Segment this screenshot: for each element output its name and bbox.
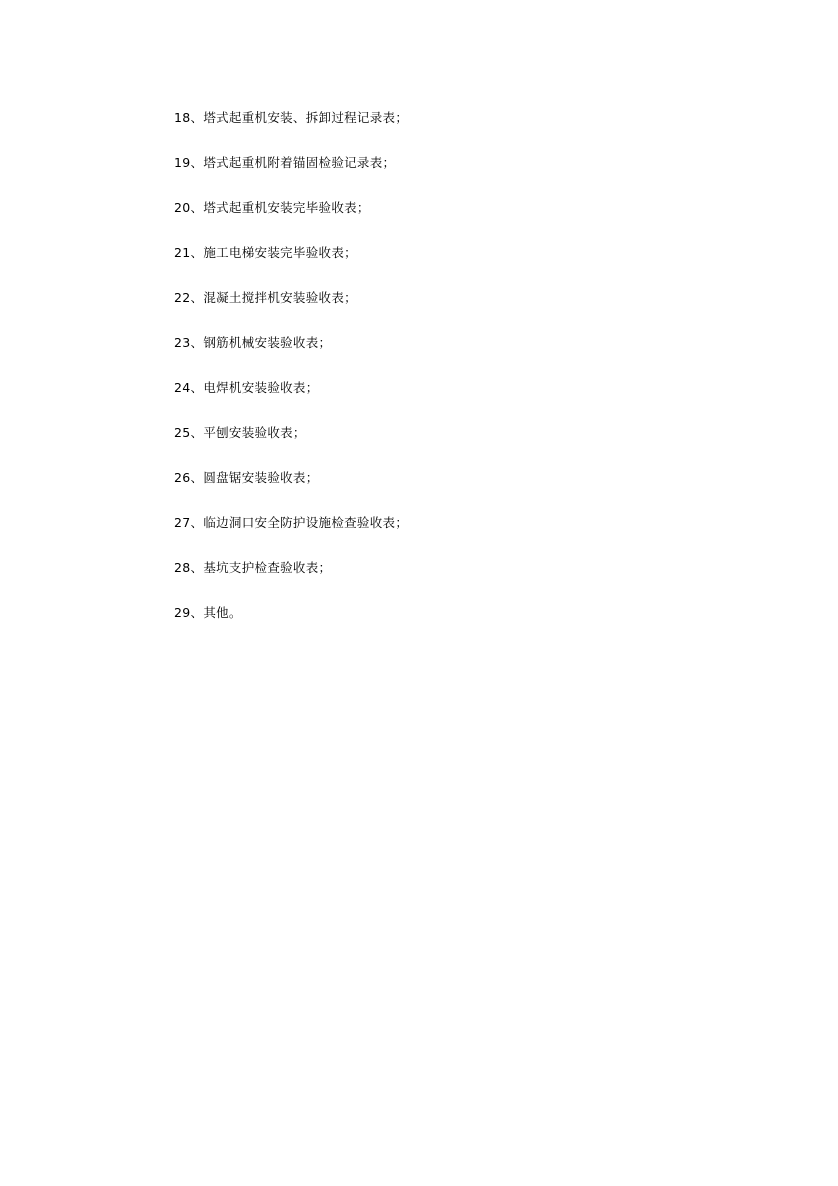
item-text: 临边洞口安全防护设施检查验收表；: [203, 515, 408, 530]
item-text: 塔式起重机安装完毕验收表；: [203, 200, 369, 215]
item-text: 圆盘锯安装验收表；: [203, 470, 318, 485]
item-text: 混凝土搅拌机安装验收表；: [203, 290, 357, 305]
item-separator: 、: [191, 335, 204, 350]
item-number: 18: [174, 109, 191, 127]
item-text: 电焊机安装验收表；: [203, 380, 318, 395]
list-item: 18、塔式起重机安装、拆卸过程记录表；: [174, 109, 408, 154]
list-item: 21、施工电梯安装完毕验收表；: [174, 244, 408, 289]
item-number: 20: [174, 199, 191, 217]
document-page: 18、塔式起重机安装、拆卸过程记录表； 19、塔式起重机附着锚固检验记录表； 2…: [0, 0, 838, 1186]
item-text: 平刨安装验收表；: [203, 425, 305, 440]
list-item: 23、钢筋机械安装验收表；: [174, 334, 408, 379]
item-separator: 、: [191, 380, 204, 395]
list-item: 19、塔式起重机附着锚固检验记录表；: [174, 154, 408, 199]
list-item: 27、临边洞口安全防护设施检查验收表；: [174, 514, 408, 559]
item-number: 29: [174, 604, 191, 622]
item-separator: 、: [191, 515, 204, 530]
item-separator: 、: [191, 605, 204, 620]
item-separator: 、: [191, 245, 204, 260]
item-text: 塔式起重机安装、拆卸过程记录表；: [203, 110, 408, 125]
list-item: 26、圆盘锯安装验收表；: [174, 469, 408, 514]
item-separator: 、: [191, 560, 204, 575]
item-separator: 、: [191, 290, 204, 305]
list-item: 20、塔式起重机安装完毕验收表；: [174, 199, 408, 244]
list-item: 22、混凝土搅拌机安装验收表；: [174, 289, 408, 334]
list-item: 25、平刨安装验收表；: [174, 424, 408, 469]
list-item: 29、其他。: [174, 604, 408, 649]
list-item: 24、电焊机安装验收表；: [174, 379, 408, 424]
item-text: 基坑支护检查验收表；: [203, 560, 331, 575]
item-text: 钢筋机械安装验收表；: [203, 335, 331, 350]
item-number: 27: [174, 514, 191, 532]
item-number: 21: [174, 244, 191, 262]
item-text: 塔式起重机附着锚固检验记录表；: [203, 155, 395, 170]
list-item: 28、基坑支护检查验收表；: [174, 559, 408, 604]
item-number: 24: [174, 379, 191, 397]
item-number: 19: [174, 154, 191, 172]
item-separator: 、: [191, 200, 204, 215]
item-number: 22: [174, 289, 191, 307]
item-number: 23: [174, 334, 191, 352]
item-separator: 、: [191, 155, 204, 170]
item-separator: 、: [191, 470, 204, 485]
form-list: 18、塔式起重机安装、拆卸过程记录表； 19、塔式起重机附着锚固检验记录表； 2…: [174, 109, 408, 649]
item-number: 28: [174, 559, 191, 577]
item-number: 25: [174, 424, 191, 442]
item-number: 26: [174, 469, 191, 487]
item-separator: 、: [191, 110, 204, 125]
item-separator: 、: [191, 425, 204, 440]
item-text: 施工电梯安装完毕验收表；: [203, 245, 357, 260]
item-text: 其他。: [203, 605, 241, 620]
